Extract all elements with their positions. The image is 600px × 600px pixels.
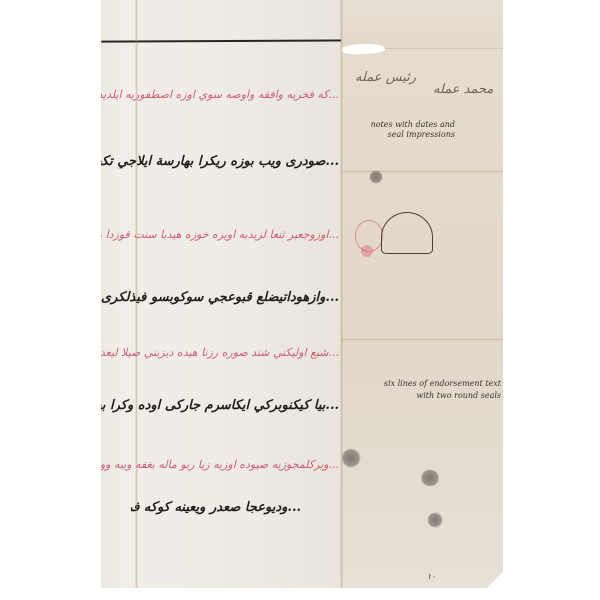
endorsement-block: six lines of endorsement text with two r… <box>371 378 501 402</box>
ruled-line <box>101 39 363 42</box>
round-seal-left <box>341 448 361 468</box>
right-panel: رئيس عمله محمد عمله notes with dates and… <box>341 0 503 588</box>
folded-flap <box>341 0 503 49</box>
fold-crease-horizontal <box>341 338 503 341</box>
round-seal-center <box>419 470 441 486</box>
manuscript-document: ...كه فخريه وافقه واوصه سوي اوزه اصطفوري… <box>101 0 503 588</box>
fold-crease <box>135 0 138 588</box>
bottom-mark: ١٠ <box>427 572 436 581</box>
signature-right: محمد عمله <box>433 82 493 97</box>
red-ink-blot <box>361 245 373 257</box>
signature-left: رئيس عمله <box>355 70 416 85</box>
left-panel: ...كه فخريه وافقه واوصه سوي اوزه اصطفوري… <box>101 0 341 588</box>
torn-corner <box>487 570 505 588</box>
round-seal-lower <box>427 512 443 528</box>
fold-crease-horizontal <box>341 170 503 173</box>
center-fold <box>340 0 343 588</box>
black-text-line-4: ...وديوعجا صعدر ويعينه كوكه فرود المتي ب… <box>131 500 301 515</box>
tughra-emblem <box>381 212 433 254</box>
annotation-notes-top: notes with dates and seal impressions <box>355 120 455 140</box>
